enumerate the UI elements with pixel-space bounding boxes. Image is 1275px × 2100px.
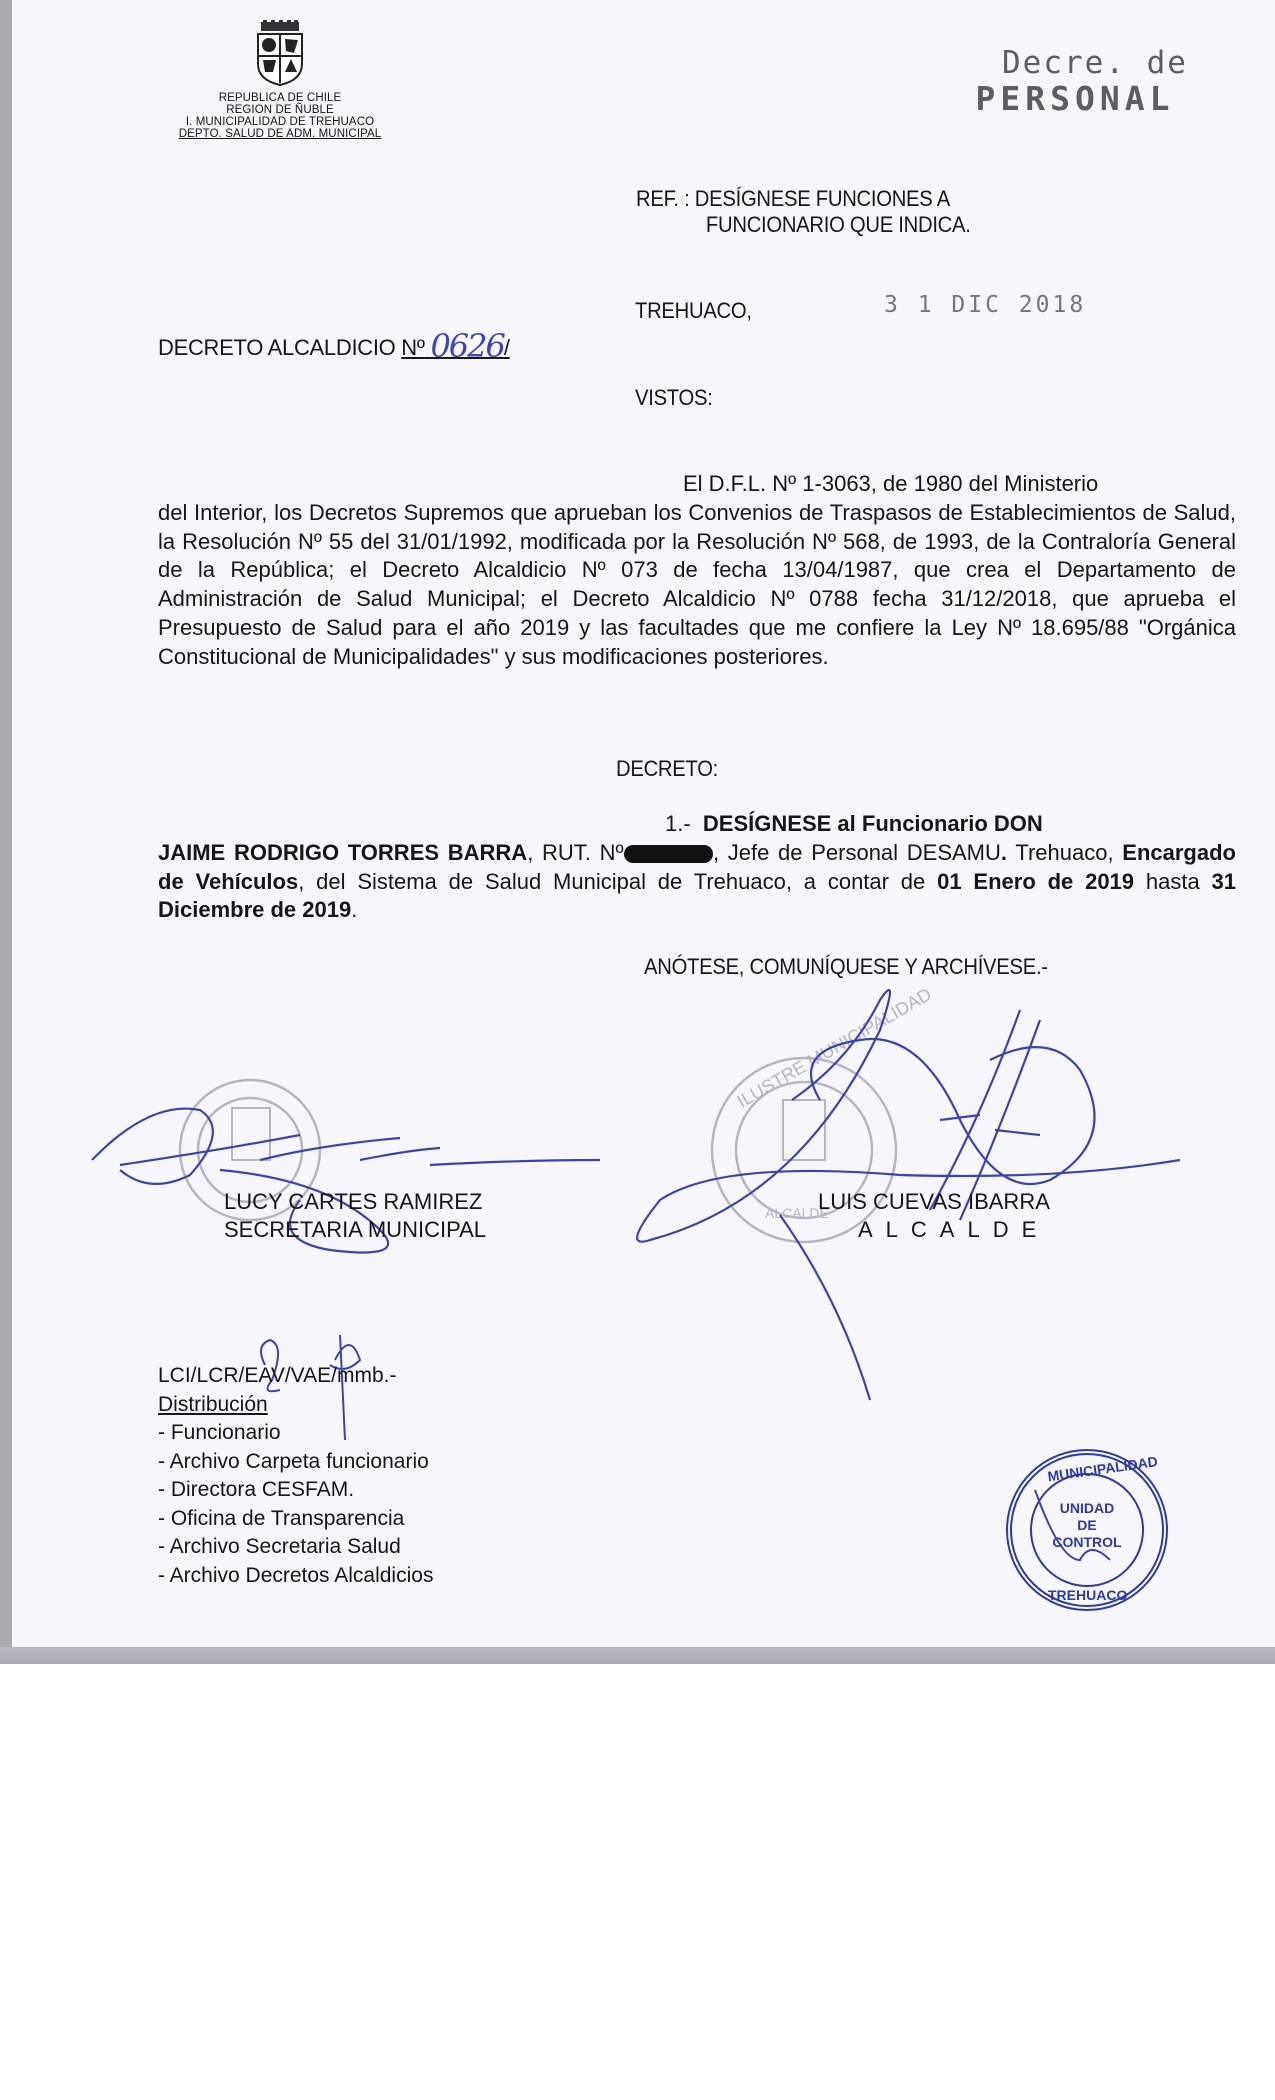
distribution-item: - Directora CESFAM. bbox=[158, 1476, 433, 1505]
stamp-line-1: Decre. de bbox=[970, 46, 1220, 80]
vistos-first-line: El D.F.L. Nº 1-3063, de 1980 del Ministe… bbox=[158, 470, 1236, 499]
ref-label: REF. : bbox=[636, 186, 689, 211]
article-1: 1.- DESÍGNESE al Funcionario DON JAIME R… bbox=[158, 810, 1236, 925]
distribution-item: - Archivo Decretos Alcaldicios bbox=[158, 1562, 433, 1591]
redacted-rut: 8.266.012-7 bbox=[624, 845, 713, 863]
number-suffix: / bbox=[504, 335, 510, 360]
scan-bottom-edge bbox=[0, 1647, 1275, 1664]
article-text-6: hasta bbox=[1134, 869, 1211, 894]
vistos-label: VISTOS: bbox=[635, 385, 713, 411]
secretary-name: LUCY CARTES RAMIREZ bbox=[224, 1188, 486, 1216]
distribution-item: - Funcionario bbox=[158, 1419, 433, 1448]
secretary-title: SECRETARIA MUNICIPAL bbox=[224, 1216, 486, 1244]
initials-reference: LCI/LCR/EAV/VAE/mmb.- bbox=[158, 1362, 433, 1391]
decreto-label: DECRETO: bbox=[616, 756, 718, 782]
stamp-line-2: PERSONAL bbox=[930, 80, 1220, 118]
scan-left-edge bbox=[0, 0, 12, 1662]
employee-name: JAIME RODRIGO TORRES BARRA bbox=[158, 840, 527, 865]
closing-formula: ANÓTESE, COMUNÍQUESE Y ARCHÍVESE.- bbox=[644, 954, 1048, 980]
article-number: 1.- bbox=[665, 811, 691, 836]
article-text-5: , del Sistema de Salud Municipal de Treh… bbox=[298, 869, 937, 894]
control-stamp-line-3: CONTROL bbox=[1040, 1534, 1134, 1551]
article-text-3: , Jefe de Personal DESAMU bbox=[713, 840, 1001, 865]
place-label: TREHUACO, bbox=[635, 298, 752, 324]
article-text-1: al Funcionario DON bbox=[837, 811, 1042, 836]
org-line-country: REPUBLICA DE CHILE bbox=[160, 92, 400, 104]
mayor-title: ALCALDE bbox=[818, 1216, 1050, 1244]
article-body: JAIME RODRIGO TORRES BARRA, RUT. Nº8.266… bbox=[158, 839, 1236, 925]
article-text-2: , RUT. Nº bbox=[527, 840, 623, 865]
distribution-title: Distribución bbox=[158, 1391, 433, 1420]
date-stamp: 3 1 DIC 2018 bbox=[884, 292, 1086, 318]
ref-line-1: DESÍGNESE FUNCIONES A bbox=[695, 186, 950, 211]
distribution-item: - Oficina de Transparencia bbox=[158, 1505, 433, 1534]
reference-block: REF. : DESÍGNESE FUNCIONES A FUNCIONARIO… bbox=[636, 186, 971, 238]
article-text-4: Trehuaco, bbox=[1007, 840, 1122, 865]
decree-number-field: Nº 0626/ bbox=[401, 335, 509, 360]
number-sign: Nº bbox=[401, 335, 424, 360]
secretary-signature-block: LUCY CARTES RAMIREZ SECRETARIA MUNICIPAL bbox=[224, 1188, 486, 1244]
org-line-department: DEPTO. SALUD DE ADM. MUNICIPAL bbox=[160, 128, 400, 140]
org-line-region: REGION DE ÑUBLE bbox=[160, 104, 400, 116]
personal-decree-stamp: Decre. de PERSONAL bbox=[930, 46, 1220, 118]
handwritten-decree-number: 0626 bbox=[430, 327, 503, 365]
org-line-municipality: I. MUNICIPALIDAD DE TREHUACO bbox=[160, 116, 400, 128]
letterhead: REPUBLICA DE CHILE REGION DE ÑUBLE I. MU… bbox=[160, 20, 400, 140]
distribution-block: LCI/LCR/EAV/VAE/mmb.- Distribución - Fun… bbox=[158, 1362, 433, 1590]
decree-number-line: DECRETO ALCALDICIO Nº 0626/ bbox=[158, 325, 510, 363]
article-verb: DESÍGNESE bbox=[703, 811, 831, 836]
start-date: 01 Enero de 2019 bbox=[937, 869, 1134, 894]
mayor-name: LUIS CUEVAS IBARRA bbox=[818, 1188, 1050, 1216]
article-text-7: . bbox=[351, 897, 357, 922]
control-stamp-line-2: DE bbox=[1040, 1517, 1134, 1534]
distribution-item: - Archivo Carpeta funcionario bbox=[158, 1448, 433, 1477]
vistos-paragraph: El D.F.L. Nº 1-3063, de 1980 del Ministe… bbox=[158, 470, 1236, 672]
distribution-item: - Archivo Secretaria Salud bbox=[158, 1533, 433, 1562]
mayor-signature-block: LUIS CUEVAS IBARRA ALCALDE bbox=[818, 1188, 1050, 1244]
ref-line-2: FUNCIONARIO QUE INDICA. bbox=[636, 212, 971, 238]
control-stamp-line-1: UNIDAD bbox=[1040, 1500, 1134, 1517]
coat-of-arms-icon bbox=[249, 20, 311, 86]
decree-number-label: DECRETO ALCALDICIO bbox=[158, 335, 395, 360]
vistos-body: del Interior, los Decretos Supremos que … bbox=[158, 499, 1236, 672]
article-first-line: 1.- DESÍGNESE al Funcionario DON bbox=[158, 810, 1236, 839]
control-stamp-center: UNIDAD DE CONTROL bbox=[1040, 1500, 1134, 1551]
